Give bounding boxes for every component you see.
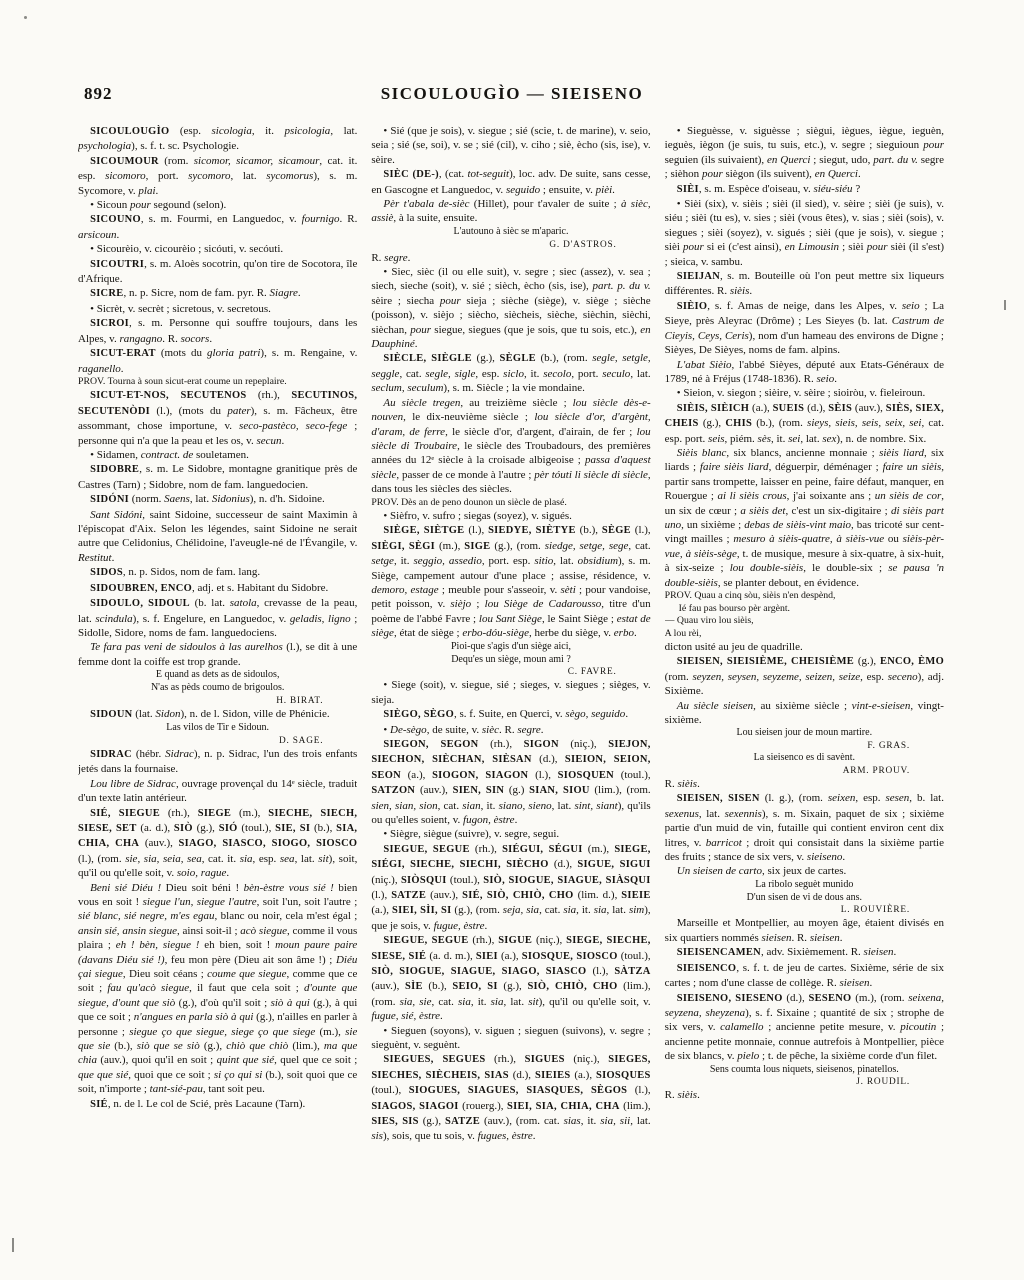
entry-continuation: dicton usité au jeu de quadrille. [665, 640, 944, 654]
entry-paragraph: SIEIJAN, s. m. Bouteille où l'on peut me… [665, 269, 944, 299]
entry-paragraph: SIDOUN (lat. Sidon), n. de l. Sidon, vil… [78, 707, 357, 722]
entry-paragraph: SIEGUE, SEGUE (rh.), SIÉGUI, SÉGUI (m.),… [371, 842, 650, 933]
cross-reference-paragraph: • Sieguèsse, v. siguèsse ; siègui, iègue… [665, 124, 944, 182]
entry-paragraph: Marseille et Montpellier, au moyen âge, … [665, 916, 944, 945]
entry-paragraph: Sant Sidóni, saint Sidoine, successeur d… [78, 508, 357, 566]
entry-paragraph: SIEISEN, SISEN (l. g.), (rom. seixen, es… [665, 791, 944, 864]
quote-attribution: C. FAVRE. [371, 666, 650, 678]
scan-artifact [24, 16, 27, 19]
quote-attribution: J. ROUDIL. [665, 1076, 944, 1088]
cross-reference-paragraph: • Sieguen (soyons), v. siguen ; sieguen … [371, 1024, 650, 1053]
entry-paragraph: Au siècle tregen, au treizième siècle ; … [371, 396, 650, 497]
entry-paragraph: SIÈC (DE-), (cat. tot-seguit), loc. adv.… [371, 167, 650, 197]
entry-paragraph: SIÉ, n. de l. Le col de Scié, près Lacau… [78, 1097, 357, 1112]
dictionary-page: 892 SICOULOUGÌO — SIEISENO SICOULOUGÌO (… [0, 0, 1024, 1280]
scan-artifact [1004, 300, 1006, 310]
entry-continuation: R. segre. [371, 251, 650, 265]
entry-paragraph: SIDÓNI (norm. Saens, lat. Sidonius), n. … [78, 492, 357, 507]
entry-paragraph: Un sieisen de carto, six jeux de cartes. [665, 864, 944, 878]
entry-paragraph: SIEISENO, SIESENO (d.), SESENO (m.), (ro… [665, 991, 944, 1064]
entry-paragraph: SIÈIS, SIÈICH (a.), SUEIS (d.), SÈIS (au… [665, 401, 944, 446]
entry-paragraph: SIEISENCAMEN, adv. Sixièmement. R. sieis… [665, 945, 944, 960]
quote-attribution: G. D'ASTROS. [371, 239, 650, 251]
scan-artifact [12, 1238, 14, 1252]
entry-paragraph: SIEGUES, SEGUES (rh.), SIGUES (niç.), SI… [371, 1052, 650, 1143]
entry-continuation: R. sièis. [665, 1088, 944, 1102]
entry-paragraph: SIÈI, s. m. Espèce d'oiseau, v. siéu-sié… [665, 182, 944, 197]
verse-quote: Sens coumta lous niquets, sieisenos, pin… [665, 1064, 944, 1077]
cross-reference-paragraph: • Sicrèt, v. secrèt ; sicretous, v. secr… [78, 302, 357, 316]
entry-paragraph: Beni sié Diéu ! Dieu soit béni ! bèn-èst… [78, 881, 357, 1097]
entry-paragraph: SICUT-ET-NOS, SECUTENOS (rh.), SECUTINOS… [78, 388, 357, 448]
cross-reference-paragraph: • Sièi (six), v. sièis ; sièi (il sied),… [665, 197, 944, 269]
entry-continuation: R. sièis. [665, 777, 944, 791]
column-2: • Sié (que je sois), v. siegue ; sié (sc… [371, 124, 650, 1264]
entry-paragraph: L'abat Sièio, l'abbé Sièyes, député aux … [665, 358, 944, 387]
proverb: PROV. Dès an de peno dounon un siècle de… [371, 497, 650, 510]
entry-paragraph: SIDOS, n. p. Sidos, nom de fam. lang. [78, 565, 357, 580]
cross-reference-paragraph: • Sicoun pour segound (selon). [78, 198, 357, 212]
cross-reference-paragraph: • Sié (que je sois), v. siegue ; sié (sc… [371, 124, 650, 167]
cross-reference-paragraph: • Siege (soit), v. siegue, sié ; sieges,… [371, 678, 650, 707]
entry-paragraph: SIDOBRE, s. m. Le Sidobre, montagne gran… [78, 462, 357, 492]
cross-reference-paragraph: • Sièfro, v. sufro ; siegas (soyez), v. … [371, 509, 650, 523]
page-header: 892 SICOULOUGÌO — SIEISENO [0, 84, 1024, 118]
entry-paragraph: Au siècle sieisen, au sixième siècle ; v… [665, 699, 944, 728]
quote-attribution: H. BIRAT. [78, 695, 357, 707]
entry-paragraph: SIÈGO, SÈGO, s. f. Suite, en Querci, v. … [371, 707, 650, 722]
entry-paragraph: Sièis blanc, six blancs, ancienne monnai… [665, 446, 944, 590]
entry-paragraph: SIEISENCO, s. f. t. de jeu de cartes. Si… [665, 961, 944, 991]
column-1: SICOULOUGÌO (esp. sicologia, it. psicolo… [78, 124, 357, 1264]
proverb: PROV. Quau a cinq sòu, sièis n'en despèn… [665, 590, 944, 615]
entry-paragraph: SIÈCLE, SIÈGLE (g.), SÈGLE (b.), (rom. s… [371, 351, 650, 395]
entry-paragraph: SIEISEN, SIEISIÈME, CHEISIÈME (g.), ENCO… [665, 654, 944, 698]
verse-quote: Pioi-que s'agis d'un siège aici,Dequ'es … [371, 641, 650, 667]
cross-reference-paragraph: • Siègre, siègue (suivre), v. segre, seg… [371, 827, 650, 841]
proverb: PROV. Tourna à soun sicut-erat coume un … [78, 376, 357, 389]
entry-paragraph: SIDRAC (hébr. Sidrac), n. p. Sidrac, l'u… [78, 747, 357, 777]
quote-attribution: ARM. PROUV. [665, 765, 944, 777]
entry-paragraph: Pèr t'abala de-sièc (Hillet), pour t'ava… [371, 197, 650, 226]
cross-reference-paragraph: • Sieion, v. siegon ; sièire, v. sèire ;… [665, 386, 944, 400]
entry-paragraph: SICOUMOUR (rom. sicomor, sicamor, sicamo… [78, 154, 357, 198]
entry-paragraph: SICROI, s. m. Personne qui souffre toujo… [78, 316, 357, 346]
entry-paragraph: SICOUTRI, s. m. Aloès socotrin, qu'on ti… [78, 257, 357, 287]
quote-attribution: L. ROUVIÈRE. [665, 904, 944, 916]
cross-reference-paragraph: • Sicourèio, v. cicourèio ; sicóuti, v. … [78, 242, 357, 256]
verse-quote: L'autouno à sièc se m'aparic. [371, 226, 650, 239]
entry-paragraph: Te fara pas veni de sidoulos à las aurel… [78, 640, 357, 669]
entry-paragraph: Lou libre de Sidrac, ouvrage provençal d… [78, 777, 357, 806]
entry-paragraph: SIÈGE, SIÈTGE (l.), SIEDYE, SIÈTYE (b.),… [371, 523, 650, 640]
entry-paragraph: SIEGUE, SEGUE (rh.), SIGUE (niç.), SIEGE… [371, 933, 650, 1023]
cross-reference-paragraph: • De-sègo, de suite, v. sièc. R. segre. [371, 723, 650, 737]
column-3: • Sieguèsse, v. siguèsse ; siègui, iègue… [665, 124, 944, 1264]
verse-quote: La sieisenco es di savènt. [665, 752, 944, 765]
cross-reference-paragraph: • Siec, sièc (il ou elle suit), v. segre… [371, 265, 650, 351]
entry-paragraph: SIDOULO, SIDOUL (b. lat. satola, crevass… [78, 596, 357, 640]
entry-paragraph: SIDOUBREN, ENCO, adj. et s. Habitant du … [78, 581, 357, 596]
entry-paragraph: SICRE, n. p. Sicre, nom de fam. pyr. R. … [78, 286, 357, 301]
entry-paragraph: SIÉ, SIEGUE (rh.), SIEGE (m.), SIECHE, S… [78, 806, 357, 881]
verse-quote: Las vilos de Tir e Sidoun. [78, 722, 357, 735]
entry-paragraph: SIÈIO, s. f. Amas de neige, dans les Alp… [665, 299, 944, 358]
entry-paragraph: SICOULOUGÌO (esp. sicologia, it. psicolo… [78, 124, 357, 154]
verse-quote: Lou sieisen jour de moun martire. [665, 727, 944, 740]
entry-paragraph: SIEGON, SEGON (rh.), SIGON (niç.), SIEJO… [371, 737, 650, 827]
verse-quote: La ribolo seguèt munidoD'un sisen de vi … [665, 879, 944, 905]
quote-attribution: D. SAGE. [78, 735, 357, 747]
page-body: SICOULOUGÌO (esp. sicologia, it. psicolo… [0, 118, 1024, 1264]
page-number: 892 [84, 84, 113, 104]
verse-quote: E quand as dets as de sidoulos,N'as as p… [78, 669, 357, 695]
entry-paragraph: SICUT-ERAT (mots du gloria patri), s. m.… [78, 346, 357, 376]
running-head: SICOULOUGÌO — SIEISENO [0, 84, 1024, 104]
entry-paragraph: SICOUNO, s. m. Fourmi, en Languedoc, v. … [78, 212, 357, 242]
quote-attribution: F. GRAS. [665, 740, 944, 752]
cross-reference-paragraph: • Sidamen, contract. de souletamen. [78, 448, 357, 462]
proverb-verse: — Quau viro lou sièis,A lou rèi, [665, 615, 944, 640]
